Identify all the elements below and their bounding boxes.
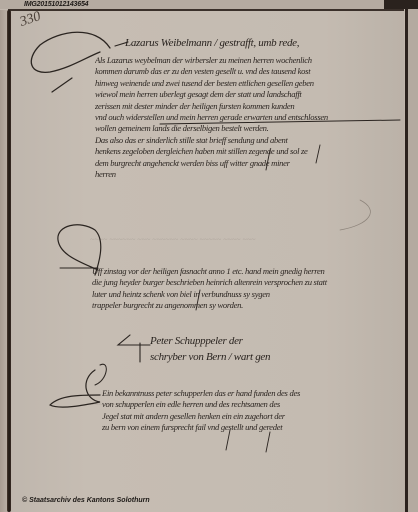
text-line: vnd ouch widerstellen und mein herren ge… xyxy=(95,112,403,123)
text-line: Uff zinstag vor der heiligen fasnacht an… xyxy=(92,266,404,277)
text-line: die jung heyder burger beschrieben heinr… xyxy=(92,277,404,288)
text-line: henkens zegeloben dergleichen haben mit … xyxy=(95,146,403,157)
entry-body: Ein bekanntnuss peter schupperlen das er… xyxy=(102,388,404,434)
text-line: Ein bekanntnuss peter schupperlen das er… xyxy=(102,388,404,399)
text-line: Als Lazarus weybelman der wirbersler zu … xyxy=(95,55,403,66)
text-line: Jegel stat mit andern gesellen henken ei… xyxy=(102,411,404,422)
text-line: luter und heintz schenk von biel in verb… xyxy=(92,289,404,300)
entry-body: Als Lazarus weybelman der wirbersler zu … xyxy=(95,55,403,180)
facing-page-margin xyxy=(408,9,418,512)
text-line: dem burgrecht angehenckt werden biss uff… xyxy=(95,158,403,169)
binding-shadow xyxy=(0,10,7,512)
bleed-through-text: ~~~~ ~~~~~~ ~~~ ~~~~~~ ~~~~ ~~~~~ ~~~~ ~… xyxy=(90,235,370,244)
text-line: zerissen mit dester minder der heiligen … xyxy=(95,101,403,112)
text-line: wiewol mein herren uberlegt gesagt dem d… xyxy=(95,89,403,100)
image-id-label: IMG20151012143654 xyxy=(24,1,88,8)
scan-corner-shadow xyxy=(384,0,418,9)
entry-heading: Peter Schupppeler der schryber von Bern … xyxy=(150,333,278,367)
book-binding-edge xyxy=(7,10,11,512)
text-line: zu bern von einem fursprecht fail vnd ge… xyxy=(102,422,404,433)
text-line: trappeler burgrecht zu angenommen sy wor… xyxy=(92,300,322,311)
entry-body: Uff zinstag vor der heiligen fasnacht an… xyxy=(92,266,404,312)
entry-heading: Lazarus Weibelmann / gestrafft, umb rede… xyxy=(125,37,355,49)
text-line: von schupperlen ein edle herren und des … xyxy=(102,399,404,410)
copyright-notice: © Staatsarchiv des Kantons Solothurn xyxy=(22,497,150,504)
text-line: wollen gemeinem lands die derselbigen be… xyxy=(95,123,403,134)
text-line: hinweg weinende und zwei tusend der best… xyxy=(95,78,403,89)
text-line: herren xyxy=(95,169,155,180)
text-line: kommen darumb das er zu den vesten gesel… xyxy=(95,66,403,77)
text-line: Das also das er sinderlich stille stat b… xyxy=(95,135,403,146)
